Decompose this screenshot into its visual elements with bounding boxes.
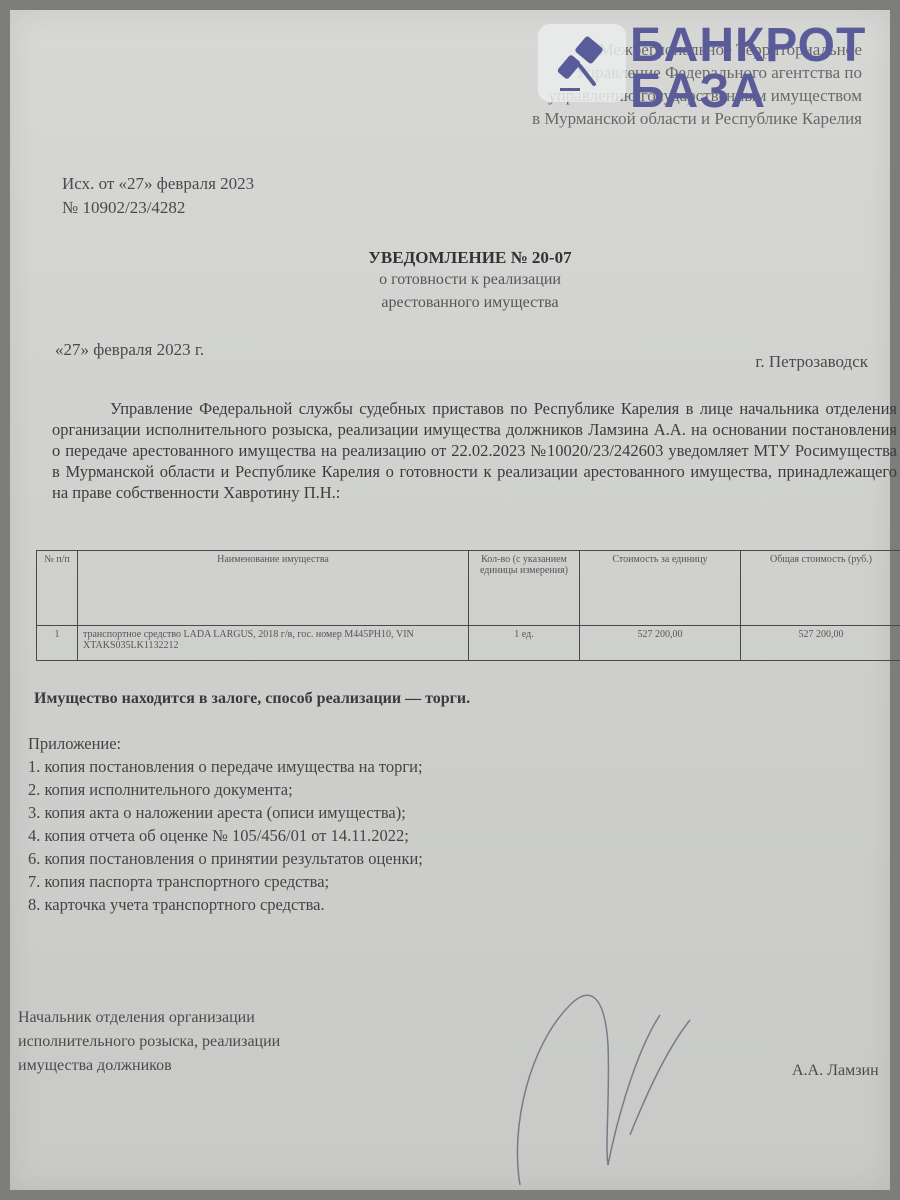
outgoing-date: Исх. от «27» февраля 2023 <box>62 172 254 196</box>
annex-item: 3. копия акта о наложении ареста (описи … <box>28 801 423 824</box>
annex-item: 8. карточка учета транспортного средства… <box>28 893 423 916</box>
document-title: УВЕДОМЛЕНИЕ № 20-07 о готовности к реали… <box>310 248 630 314</box>
annex-item: 6. копия постановления о принятии резуль… <box>28 847 423 870</box>
gavel-icon <box>556 36 610 94</box>
col-header-name: Наименование имущества <box>78 551 469 626</box>
position-line: Начальник отделения организации <box>18 1006 280 1030</box>
col-header-num: № п/п <box>37 551 78 626</box>
annex-list: Приложение: 1. копия постановления о пер… <box>28 732 423 916</box>
cell-total: 527 200,00 <box>741 626 900 661</box>
table-header-row: № п/п Наименование имущества Кол-во (с у… <box>37 551 900 626</box>
annex-item: 7. копия паспорта транспортного средства… <box>28 870 423 893</box>
document-city: г. Петрозаводск <box>755 352 868 372</box>
watermark-logo: БАНКРОТ БАЗА <box>538 24 898 114</box>
title-sub: арестованного имущества <box>310 291 630 314</box>
brand-name-line1: БАНКРОТ <box>630 22 866 70</box>
cell-unit-price: 527 200,00 <box>580 626 741 661</box>
outgoing-reference: Исх. от «27» февраля 2023 № 10902/23/428… <box>62 172 254 220</box>
cell-num: 1 <box>37 626 78 661</box>
logo-badge <box>538 24 626 102</box>
annex-item: 2. копия исполнительного документа; <box>28 778 423 801</box>
document-date: «27» февраля 2023 г. <box>55 340 204 360</box>
annex-item: 4. копия отчета об оценке № 105/456/01 о… <box>28 824 423 847</box>
signatory-position: Начальник отделения организации исполнит… <box>18 1006 280 1078</box>
cell-name: транспортное средство LADA LARGUS, 2018 … <box>78 626 469 661</box>
table-row: 1 транспортное средство LADA LARGUS, 201… <box>37 626 900 661</box>
signatory-name: А.А. Ламзин <box>792 1062 879 1080</box>
outgoing-number: № 10902/23/4282 <box>62 196 254 220</box>
col-header-total: Общая стоимость (руб.) <box>741 551 900 626</box>
body-paragraph: Управление Федеральной службы судебных п… <box>52 398 897 503</box>
document-page: Межрегиональное Территориальное Управлен… <box>10 10 890 1190</box>
annex-item: 1. копия постановления о передаче имущес… <box>28 755 423 778</box>
position-line: имущества должников <box>18 1054 280 1078</box>
pledge-note: Имущество находится в залоге, способ реа… <box>34 690 470 708</box>
annex-title: Приложение: <box>28 732 423 755</box>
title-main: УВЕДОМЛЕНИЕ № 20-07 <box>310 248 630 268</box>
handwritten-signature <box>510 985 710 1195</box>
property-table: № п/п Наименование имущества Кол-во (с у… <box>36 550 900 661</box>
cell-qty: 1 ед. <box>469 626 580 661</box>
position-line: исполнительного розыска, реализации <box>18 1030 280 1054</box>
col-header-unit-price: Стоимость за единицу <box>580 551 741 626</box>
brand-name-line2: БАЗА <box>630 68 766 116</box>
title-sub: о готовности к реализации <box>310 268 630 291</box>
col-header-qty: Кол-во (с указанием единицы измерения) <box>469 551 580 626</box>
